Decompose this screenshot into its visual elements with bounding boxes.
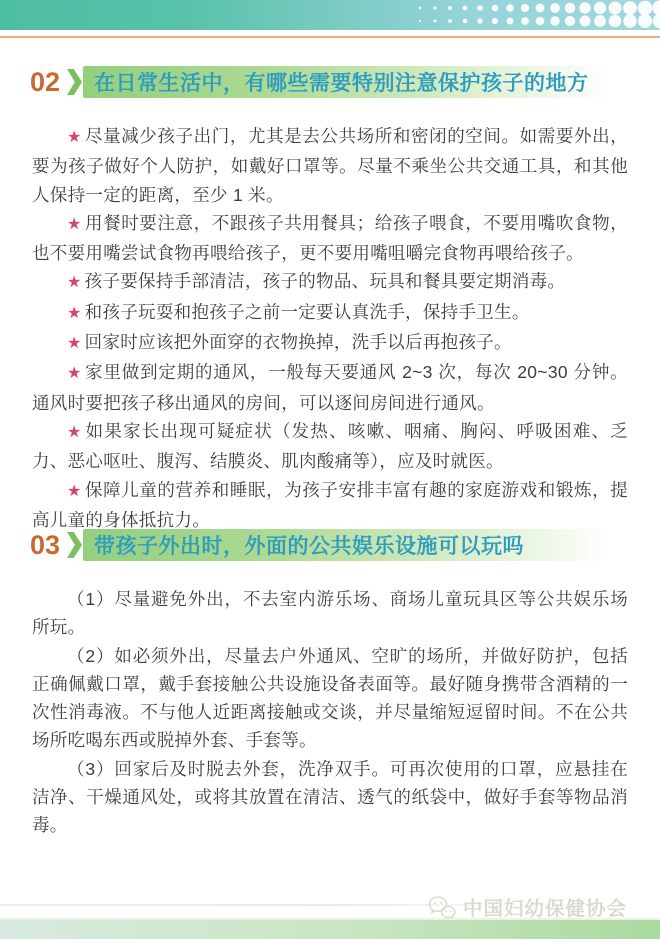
bullet-paragraph: ★如果家长出现可疑症状（发热、咳嗽、咽痛、胸闷、呼吸困难、乏力、恶心呕吐、腹泻、… bbox=[32, 417, 628, 476]
section-02-body: ★尽量减少孩子出门，尤其是去公共场所和密闭的空间。如需要外出，要为孩子做好个人防… bbox=[32, 122, 628, 534]
section-03-body: （1）尽量避免外出，不去室内游乐场、商场儿童玩具区等公共娱乐场所玩。 （2）如必… bbox=[32, 585, 628, 840]
star-bullet-icon: ★ bbox=[67, 424, 83, 441]
section-03-number: 03 bbox=[30, 529, 60, 561]
chevron-right-icon bbox=[67, 532, 82, 558]
section-03-title: 带孩子外出时，外面的公共娱乐设施可以玩吗 bbox=[94, 530, 524, 560]
section-03-header: 03 带孩子外出时，外面的公共娱乐设施可以玩吗 bbox=[30, 529, 632, 561]
bullet-text: 保障儿童的营养和睡眠，为孩子安排丰富有趣的家庭游戏和锻炼，提高儿童的身体抵抗力。 bbox=[32, 480, 628, 530]
bullet-text: 和孩子玩耍和抱孩子之前一定要认真洗手，保持手卫生。 bbox=[85, 302, 530, 322]
footer-brand-label: 中国妇幼保健协会 bbox=[463, 893, 627, 921]
star-bullet-icon: ★ bbox=[67, 305, 82, 322]
bullet-text: 尽量减少孩子出门，尤其是去公共场所和密闭的空间。如需要外出，要为孩子做好个人防护… bbox=[32, 126, 628, 205]
document-page: 02 在日常生活中，有哪些需要特别注意保护孩子的地方 ★尽量减少孩子出门，尤其是… bbox=[0, 0, 660, 939]
wechat-icon bbox=[427, 895, 457, 920]
star-bullet-icon: ★ bbox=[67, 483, 82, 500]
orange-divider-line bbox=[0, 36, 660, 38]
star-bullet-icon: ★ bbox=[67, 129, 82, 146]
star-bullet-icon: ★ bbox=[67, 335, 82, 352]
section-02-title: 在日常生活中，有哪些需要特别注意保护孩子的地方 bbox=[94, 67, 589, 97]
bullet-paragraph: ★尽量减少孩子出门，尤其是去公共场所和密闭的空间。如需要外出，要为孩子做好个人防… bbox=[32, 122, 628, 209]
star-bullet-icon: ★ bbox=[67, 274, 82, 291]
dot-pattern-decoration bbox=[415, 0, 660, 30]
bullet-text: 孩子要保持手部清洁，孩子的物品、玩具和餐具要定期消毒。 bbox=[85, 271, 566, 291]
bullet-paragraph: ★孩子要保持手部清洁，孩子的物品、玩具和餐具要定期消毒。 bbox=[32, 267, 628, 297]
bullet-paragraph: ★用餐时要注意，不跟孩子共用餐具；给孩子喂食，不要用嘴吹食物，也不要用嘴尝试食物… bbox=[32, 209, 628, 268]
numbered-paragraph: （3）回家后及时脱去外套，洗净双手。可再次使用的口罩，应悬挂在洁净、干燥通风处，… bbox=[32, 755, 628, 840]
bullet-text: 用餐时要注意，不跟孩子共用餐具；给孩子喂食，不要用嘴吹食物，也不要用嘴尝试食物再… bbox=[32, 213, 628, 263]
bullet-paragraph: ★保障儿童的营养和睡眠，为孩子安排丰富有趣的家庭游戏和锻炼，提高儿童的身体抵抗力… bbox=[32, 476, 628, 535]
section-02-header: 02 在日常生活中，有哪些需要特别注意保护孩子的地方 bbox=[30, 66, 632, 98]
section-03-title-banner: 带孩子外出时，外面的公共娱乐设施可以玩吗 bbox=[67, 529, 632, 561]
star-bullet-icon: ★ bbox=[67, 365, 82, 382]
bullet-text: 如果家长出现可疑症状（发热、咳嗽、咽痛、胸闷、呼吸困难、乏力、恶心呕吐、腹泻、结… bbox=[32, 421, 628, 471]
bullet-text: 家里做到定期的通风，一般每天要通风 2~3 次，每次 20~30 分钟。通风时要… bbox=[32, 362, 628, 412]
bottom-decorative-band bbox=[0, 920, 660, 939]
section-03-banner-background: 带孩子外出时，外面的公共娱乐设施可以玩吗 bbox=[83, 529, 632, 561]
bullet-paragraph: ★回家时应该把外面穿的衣物换掉，洗手以后再抱孩子。 bbox=[32, 328, 628, 358]
section-02-title-banner: 在日常生活中，有哪些需要特别注意保护孩子的地方 bbox=[67, 66, 632, 98]
footer-brand: 中国妇幼保健协会 bbox=[427, 893, 627, 921]
chevron-right-icon bbox=[67, 69, 82, 95]
star-bullet-icon: ★ bbox=[67, 216, 82, 233]
bullet-text: 回家时应该把外面穿的衣物换掉，洗手以后再抱孩子。 bbox=[85, 332, 512, 352]
section-02-banner-background: 在日常生活中，有哪些需要特别注意保护孩子的地方 bbox=[83, 66, 632, 98]
bullet-paragraph: ★家里做到定期的通风，一般每天要通风 2~3 次，每次 20~30 分钟。通风时… bbox=[32, 358, 628, 417]
top-decorative-band bbox=[0, 0, 660, 30]
bullet-paragraph: ★和孩子玩耍和抱孩子之前一定要认真洗手，保持手卫生。 bbox=[32, 298, 628, 328]
numbered-paragraph: （2）如必须外出，尽量去户外通风、空旷的场所，并做好防护，包括正确佩戴口罩，戴手… bbox=[32, 642, 628, 755]
section-02-number: 02 bbox=[30, 66, 60, 98]
numbered-paragraph: （1）尽量避免外出，不去室内游乐场、商场儿童玩具区等公共娱乐场所玩。 bbox=[32, 585, 628, 642]
